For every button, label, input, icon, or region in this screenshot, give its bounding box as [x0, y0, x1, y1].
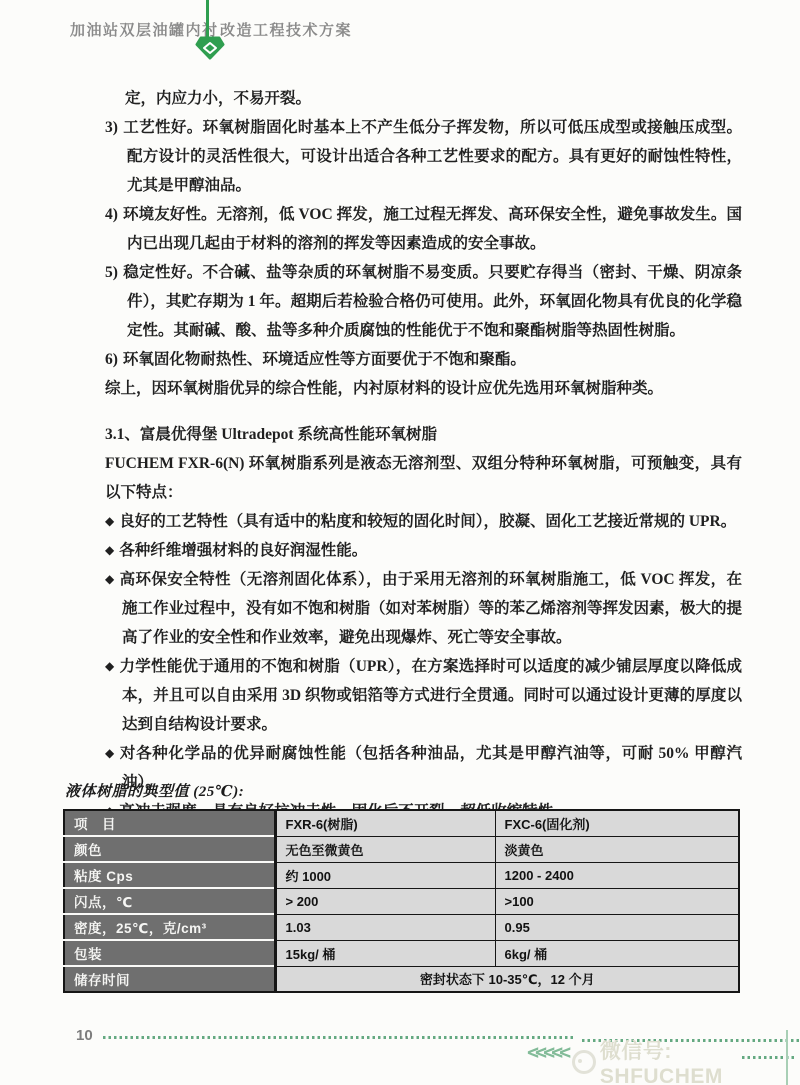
- cell-value: 15kg/ 桶: [275, 940, 495, 966]
- numbered-paragraph-6: 6)环氧固化物耐热性、环境适应性等方面要优于不饱和聚酯。: [105, 345, 742, 374]
- bullet-diamond-icon: ◆: [105, 543, 114, 557]
- right-edge-line: [786, 1030, 788, 1085]
- bullet-diamond-icon: ◆: [105, 659, 114, 673]
- table-row: 粘度 Cps 约 1000 1200 - 2400: [64, 862, 739, 888]
- gem-icon: [195, 36, 225, 60]
- paragraph-text: 稳定性好。不合碱、盐等杂质的环氧树脂不易变质。只要贮存得当（密封、干燥、阴凉条件…: [123, 264, 742, 339]
- header-cell-fxc6: FXC-6(固化剂): [495, 810, 739, 836]
- paragraph-continuation: 定，内应力小，不易开裂。: [105, 84, 742, 113]
- header-title-right: 改造工程技术方案: [220, 19, 352, 40]
- cell-value: 1.03: [275, 914, 495, 940]
- table-row: 密度，25℃，克/cm³ 1.03 0.95: [64, 914, 739, 940]
- numbered-paragraph-5: 5)稳定性好。不合碱、盐等杂质的环氧树脂不易变质。只要贮存得当（密封、干燥、阴凉…: [105, 258, 742, 345]
- cell-value: >100: [495, 888, 739, 914]
- row-label: 储存时间: [64, 966, 275, 992]
- cell-value-span: 密封状态下 10-35℃，12 个月: [275, 966, 739, 992]
- bullet-text: 高环保安全特性（无溶剂固化体系），由于采用无溶剂的环氧树脂施工，低 VOC 挥发…: [120, 571, 742, 646]
- list-number: 3): [105, 119, 118, 136]
- bullet-item: ◆力学性能优于通用的不饱和树脂（UPR），在方案选择时可以适度的减少铺层厚度以降…: [105, 652, 742, 739]
- cell-value: 1200 - 2400: [495, 862, 739, 888]
- resin-spec-table: 项 目 FXR-6(树脂) FXC-6(固化剂) 颜色 无色至微黄色 淡黄色 粘…: [63, 809, 740, 993]
- section-heading: 3.1、富晨优得堡 Ultradepot 系统高性能环氧树脂: [105, 420, 742, 449]
- paragraph-text: 综上，因环氧树脂优异的综合性能，内衬原材料的设计应优先选用环氧树脂种类。: [105, 380, 663, 397]
- bullet-item: ◆高环保安全特性（无溶剂固化体系），由于采用无溶剂的环氧树脂施工，低 VOC 挥…: [105, 565, 742, 652]
- cell-value: 约 1000: [275, 862, 495, 888]
- cell-value: 0.95: [495, 914, 739, 940]
- chevron-arrows: <<<<<: [527, 1040, 567, 1064]
- row-label: 颜色: [64, 836, 275, 862]
- table-row: 颜色 无色至微黄色 淡黄色: [64, 836, 739, 862]
- list-number: 6): [105, 351, 118, 368]
- row-label: 闪点，℃: [64, 888, 275, 914]
- header-divider-line: [206, 0, 209, 37]
- bullet-diamond-icon: ◆: [105, 514, 114, 528]
- cell-value: 淡黄色: [495, 836, 739, 862]
- cell-value: > 200: [275, 888, 495, 914]
- row-label: 包装: [64, 940, 275, 966]
- bullet-text: 力学性能优于通用的不饱和树脂（UPR），在方案选择时可以适度的减少铺层厚度以降低…: [119, 658, 742, 733]
- section-intro: FUCHEM FXR-6(N) 环氧树脂系列是液态无溶剂型、双组分特种环氧树脂，…: [105, 449, 742, 507]
- page-number: 10: [76, 1027, 93, 1044]
- wechat-logo-icon: [572, 1050, 596, 1074]
- table-header-row: 项 目 FXR-6(树脂) FXC-6(固化剂): [64, 810, 739, 836]
- table-row-storage: 储存时间 密封状态下 10-35℃，12 个月: [64, 966, 739, 992]
- bullet-item: ◆各种纤维增强材料的良好润湿性能。: [105, 536, 742, 565]
- table-caption: 液体树脂的典型值 (25℃):: [65, 780, 741, 801]
- paragraph-text: 环氧固化物耐热性、环境适应性等方面要优于不饱和聚酯。: [123, 351, 526, 368]
- document-body: 定，内应力小，不易开裂。 3)工艺性好。环氧树脂固化时基本上不产生低分子挥发物，…: [105, 84, 742, 884]
- spec-table-section: 液体树脂的典型值 (25℃): 项 目 FXR-6(树脂) FXC-6(固化剂)…: [63, 780, 741, 993]
- table-row: 闪点，℃ > 200 >100: [64, 888, 739, 914]
- header-cell-item: 项 目: [64, 810, 275, 836]
- numbered-paragraph-3: 3)工艺性好。环氧树脂固化时基本上不产生低分子挥发物，所以可低压成型或接触压成型…: [105, 113, 742, 200]
- bullet-text: 各种纤维增强材料的良好润湿性能。: [119, 542, 367, 559]
- cell-value: 无色至微黄色: [275, 836, 495, 862]
- paragraph-text: 定，内应力小，不易开裂。: [125, 90, 311, 107]
- header-cell-fxr6: FXR-6(树脂): [275, 810, 495, 836]
- cell-value: 6kg/ 桶: [495, 940, 739, 966]
- row-label: 粘度 Cps: [64, 862, 275, 888]
- bullet-text: 良好的工艺特性（具有适中的粘度和较短的固化时间），胶凝、固化工艺接近常规的 UP…: [119, 513, 736, 530]
- footer-dotted-line: [103, 1036, 575, 1039]
- paragraph-text: 工艺性好。环氧树脂固化时基本上不产生低分子挥发物，所以可低压成型或接触压成型。配…: [123, 119, 742, 194]
- list-number: 4): [105, 206, 118, 223]
- watermark-text: 微信号: SHFUCHEM: [600, 1035, 800, 1085]
- wechat-watermark: 微信号: SHFUCHEM: [572, 1035, 800, 1085]
- table-row: 包装 15kg/ 桶 6kg/ 桶: [64, 940, 739, 966]
- numbered-paragraph-4: 4)环境友好性。无溶剂，低 VOC 挥发，施工过程无挥发、高环保安全性，避免事故…: [105, 200, 742, 258]
- summary-paragraph: 综上，因环氧树脂优异的综合性能，内衬原材料的设计应优先选用环氧树脂种类。: [105, 374, 742, 403]
- bullet-item: ◆良好的工艺特性（具有适中的粘度和较短的固化时间），胶凝、固化工艺接近常规的 U…: [105, 507, 742, 536]
- row-label: 密度，25℃，克/cm³: [64, 914, 275, 940]
- paragraph-text: 环境友好性。无溶剂，低 VOC 挥发，施工过程无挥发、高环保安全性，避免事故发生…: [123, 206, 742, 252]
- bullet-diamond-icon: ◆: [105, 746, 115, 760]
- bullet-diamond-icon: ◆: [105, 572, 115, 586]
- document-page: 加油站双层油罐内衬 改造工程技术方案 定，内应力小，不易开裂。 3)工艺性好。环…: [0, 0, 800, 1085]
- list-number: 5): [105, 264, 118, 281]
